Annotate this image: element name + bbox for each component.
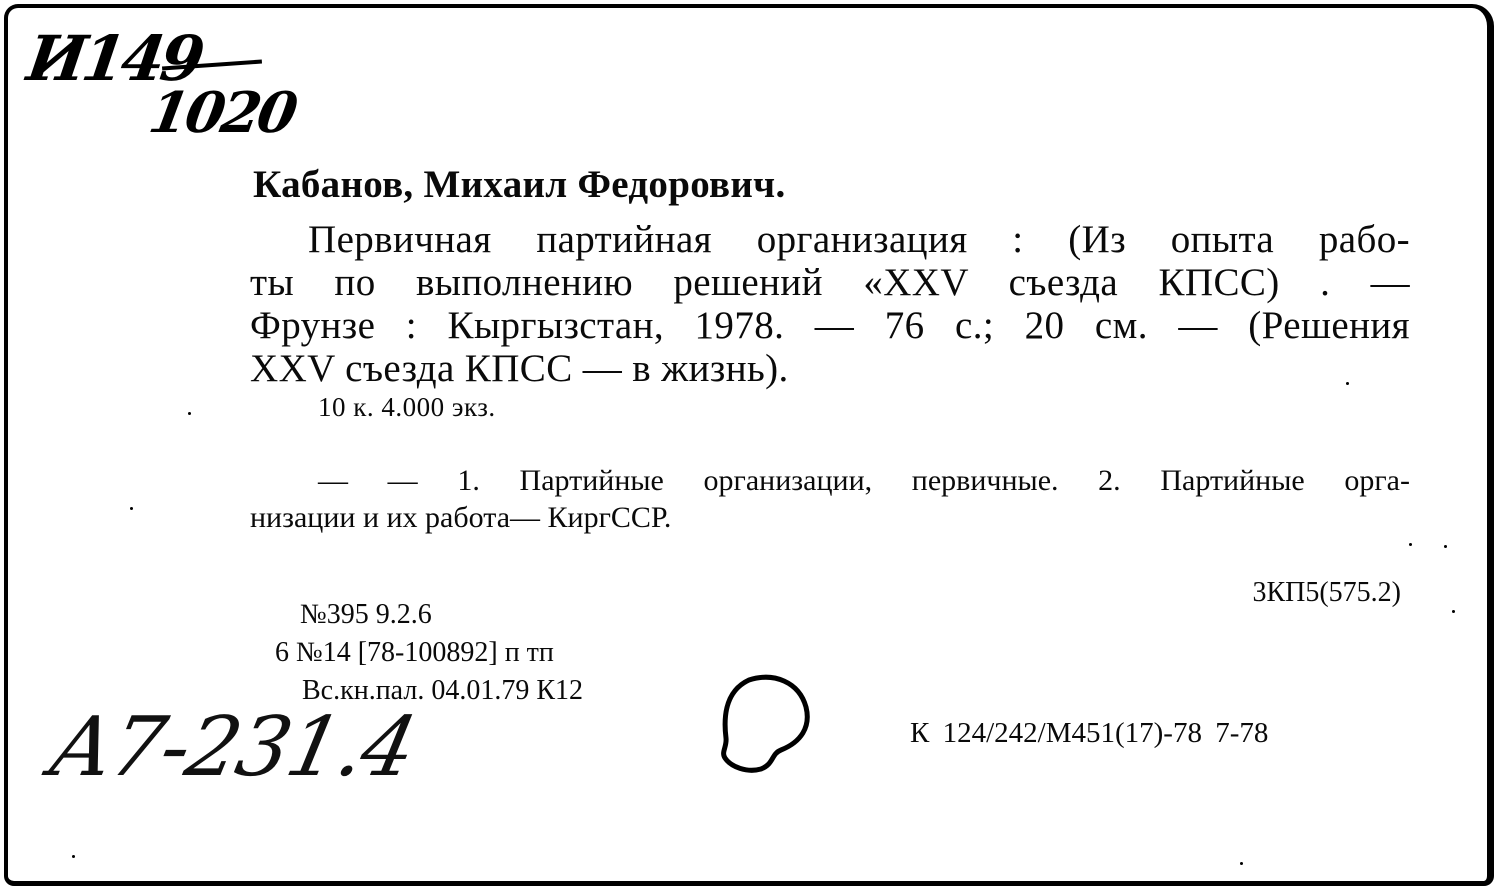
scan-speck: [1452, 610, 1455, 613]
handwritten-shelfmark-denominator: 1020: [144, 80, 299, 146]
scan-speck: [130, 507, 133, 510]
catalog-card-code: К 124/242/М451(17)-78 7-78: [910, 717, 1268, 750]
author-heading: Кабанов, Михаил Федорович.: [253, 162, 786, 207]
handwritten-inventory-number: А7-231.4: [42, 700, 423, 795]
subject-headings: — — 1. Партийные организации, первичные.…: [250, 462, 1410, 536]
scan-speck: [1444, 545, 1447, 548]
classification-code: 3КП5(575.2): [1252, 577, 1401, 609]
subject-line-1: — — 1. Партийные организации, первичные.…: [250, 462, 1410, 499]
scan-speck: [1240, 862, 1243, 865]
meta-line-2: 6 №14 [78-100892] п тп: [275, 634, 583, 672]
punch-hole-circle-icon: [719, 672, 811, 780]
meta-line-1: №395 9.2.6: [275, 596, 583, 634]
scan-speck: [1346, 382, 1349, 385]
subject-line-2: низации и их работа— КиргССР.: [250, 499, 1410, 536]
bibliographic-description: Первичная партийная организация : (Из оп…: [250, 218, 1410, 390]
scan-speck: [1409, 543, 1412, 546]
scan-speck: [72, 855, 75, 858]
title-line-1: Первичная партийная организация : (Из оп…: [250, 218, 1410, 261]
printing-metadata: №395 9.2.6 6 №14 [78-100892] п тп Вс.кн.…: [275, 596, 583, 710]
title-line-2: ты по выполнению решений «XXV съезда КПС…: [250, 261, 1410, 304]
price-and-copies: 10 к. 4.000 экз.: [318, 392, 496, 423]
title-line-4: XXV съезда КПСС — в жизнь).: [250, 347, 1410, 390]
title-line-3: Фрунзе : Кыргызстан, 1978. — 76 с.; 20 с…: [250, 304, 1410, 347]
scan-speck: [188, 412, 191, 415]
